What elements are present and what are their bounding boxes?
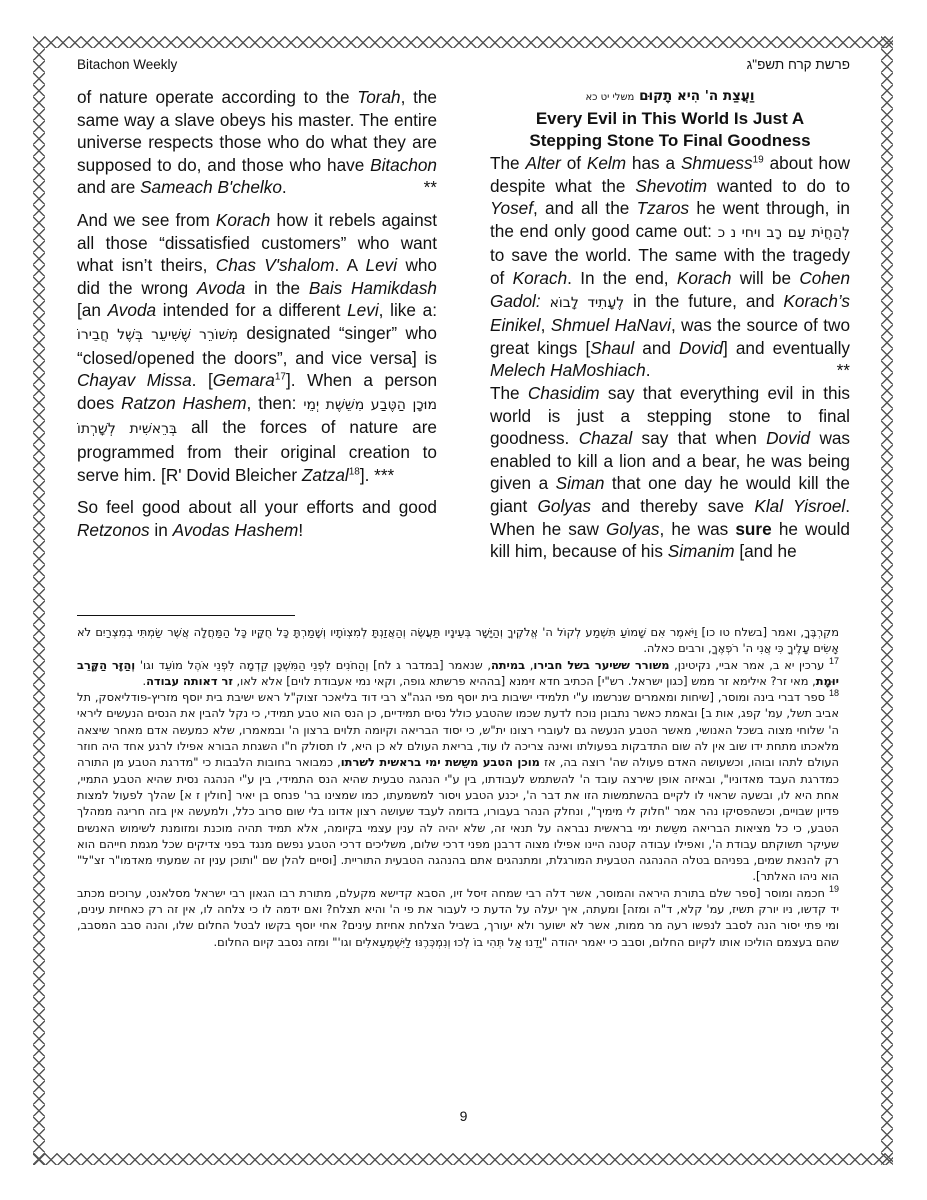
term: Levi [366, 255, 398, 275]
text: and are [77, 177, 140, 197]
term: Kelm [587, 153, 626, 173]
text: say that when [632, 428, 766, 448]
left-paragraph-3: So feel good about all your efforts and … [77, 496, 437, 541]
term: Golyas [538, 496, 592, 516]
left-paragraph-1: of nature operate according to the Torah… [77, 86, 437, 199]
term: Bais Hamikdash [309, 278, 437, 298]
left-column: of nature operate according to the Torah… [77, 86, 437, 541]
border-right [881, 36, 893, 1165]
text: . A [334, 255, 365, 275]
footnotes: מקִרְבֶּךָ, ואמר [בשלח טו כו] וַיֹּאמֶר … [77, 624, 839, 950]
term: Chas V'shalom [216, 255, 335, 275]
term: Chayav Missa [77, 370, 192, 390]
text: wanted to do to [707, 176, 850, 196]
footnote-bold: במיתה [491, 658, 525, 672]
term: Alter [525, 153, 560, 173]
footnote-text: , כמבואר בחובות הלבבות כי "מדרגת הטבע מן… [77, 755, 839, 883]
text: in the future, and [624, 291, 783, 311]
text: in the [245, 278, 309, 298]
text: of nature operate according to the [77, 87, 357, 107]
border-top [33, 36, 893, 48]
term: Klal Yisroel [754, 496, 845, 516]
text: has a [626, 153, 681, 173]
text: in [150, 520, 173, 540]
term: Dovid [679, 338, 723, 358]
term: Retzonos [77, 520, 150, 540]
footnote-bold: משורר ששיער בשל חבירו [533, 658, 669, 672]
hebrew-quote: מְשׁוֹרֵר שֶׁשִּׁיעֵר בְּשֶׁל חֲבֵירוֹ [77, 327, 238, 343]
text: , then: [247, 393, 304, 413]
left-paragraph-2: And we see from Korach how it rebels aga… [77, 209, 437, 486]
term: Korach [677, 268, 731, 288]
term: Shmuess [681, 153, 753, 173]
emphasis-sure: sure [735, 519, 771, 539]
hebrew-quote: לְהַחֲיֹת עַם רָב ויחי נ כ [718, 225, 850, 241]
footnote-17: 17 ערכין יא ב, אמר אביי, נקיטינן, משורר … [77, 657, 839, 690]
term: Avoda [108, 300, 156, 320]
term-torah: Torah [357, 87, 400, 107]
text: . In the end, [567, 268, 677, 288]
text: and thereby save [591, 496, 754, 516]
publication-title: Bitachon Weekly [77, 57, 177, 72]
text: intended for a different [156, 300, 347, 320]
term: Shevotim [635, 176, 707, 196]
section-stars: ** [837, 359, 850, 382]
footnote-bold: זר דאותה עבודה [146, 674, 233, 688]
footnote-separator [77, 615, 295, 616]
footnote-ref-18[interactable]: 18 [349, 466, 360, 477]
text: [and he [735, 541, 797, 561]
text: and [634, 338, 679, 358]
running-header: Bitachon Weekly פרשת קרח תשפ"ג [77, 57, 850, 77]
verse-source: משלי יט כא [586, 92, 635, 103]
footnote-text: , שנאמר [במדבר ג לח] וְהַחֹנִים לִפְנֵי … [135, 658, 491, 672]
term: Gemara [213, 370, 275, 390]
term: Siman [556, 473, 605, 493]
parsha-label: פרשת קרח תשפ"ג [747, 57, 850, 72]
text: , and all the [533, 198, 637, 218]
article-title-line-2: Stepping Stone To Final Goodness [490, 130, 850, 152]
footnote-number: 17 [829, 656, 839, 666]
term: Shmuel HaNavi [551, 315, 671, 335]
footnote-ref-17[interactable]: 17 [275, 371, 286, 382]
page-number: 9 [0, 1108, 927, 1124]
footnote-19: 19 חכמה ומוסר [ספר שלם בתורת היראה והמוס… [77, 885, 839, 950]
text: The [490, 153, 525, 173]
text: ! [298, 520, 303, 540]
term: Korach [513, 268, 567, 288]
text: , he was [660, 519, 736, 539]
text: , like a: [379, 300, 437, 320]
right-paragraph-2: The Chasidim say that everything evil in… [490, 382, 850, 563]
text: . [282, 177, 287, 197]
term-sameach: Sameach B'chelko [140, 177, 282, 197]
term: Levi [347, 300, 379, 320]
text: . [ [192, 370, 213, 390]
hebrew-quote: לֶעָתִיד לָבוֹא [550, 295, 625, 311]
text: . [646, 360, 651, 380]
footnote-bold: מוכן הטבע משֵשת ימי בראשית לשרתו [341, 755, 540, 769]
text: [an [77, 300, 108, 320]
footnote-text: ערכין יא ב, אמר אביי, נקיטינן, [669, 658, 829, 672]
term: Tzaros [637, 198, 690, 218]
term-bitachon: Bitachon [370, 155, 437, 175]
article-hebrew-heading: וַעֲצַת ה' הִיא תָקוּם משלי יט כא [490, 86, 850, 108]
footnote-text: מקִרְבֶּךָ, ואמר [בשלח טו כו] וַיֹּאמֶר … [77, 625, 839, 655]
border-bottom [33, 1153, 893, 1165]
term: Avoda [197, 278, 245, 298]
text: So feel good about all your efforts and … [77, 497, 437, 517]
footnote-18: 18 ספר דברי בינה ומוסר, [שיחות ומאמרים ש… [77, 689, 839, 885]
term: Yosef [490, 198, 533, 218]
text: And we see from [77, 210, 216, 230]
footnote-text: , מאי זר? אילימא זר ממש [כגון ישראל. רש"… [233, 674, 816, 688]
term: Shaul [590, 338, 634, 358]
footnote-text: חכמה ומוסר [ספר שלם בתורת היראה והמוסר, … [77, 886, 839, 949]
term: Chazal [579, 428, 633, 448]
term: Golyas [606, 519, 660, 539]
text: , [541, 315, 551, 335]
text: ] and eventually [723, 338, 850, 358]
right-column: וַעֲצַת ה' הִיא תָקוּם משלי יט כא Every … [490, 86, 850, 563]
term: Dovid [766, 428, 810, 448]
text: ]. *** [360, 465, 394, 485]
border-left [33, 36, 45, 1165]
term: Zatzal [302, 465, 349, 485]
term: Melech HaMoshiach [490, 360, 646, 380]
article-title: Every Evil in This World Is Just A Stepp… [490, 108, 850, 152]
footnote-number: 19 [829, 884, 839, 894]
term: Korach [216, 210, 270, 230]
section-stars: ** [424, 176, 437, 199]
term: Avodas Hashem [173, 520, 299, 540]
article-columns: of nature operate according to the Torah… [77, 86, 852, 596]
text: The [490, 383, 528, 403]
footnote-continuation: מקִרְבֶּךָ, ואמר [בשלח טו כו] וַיֹּאמֶר … [77, 624, 839, 657]
text: of [561, 153, 587, 173]
footnote-ref-19[interactable]: 19 [753, 154, 764, 165]
text: will be [731, 268, 799, 288]
term: Ratzon Hashem [121, 393, 246, 413]
term: Chasidim [528, 383, 600, 403]
term: Simanim [668, 541, 735, 561]
footnote-number: 18 [829, 688, 839, 698]
hebrew-verse: וַעֲצַת ה' הִיא תָקוּם [639, 88, 754, 104]
right-paragraph-1: The Alter of Kelm has a Shmuess19 about … [490, 152, 850, 382]
article-title-line-1: Every Evil in This World Is Just A [490, 108, 850, 130]
